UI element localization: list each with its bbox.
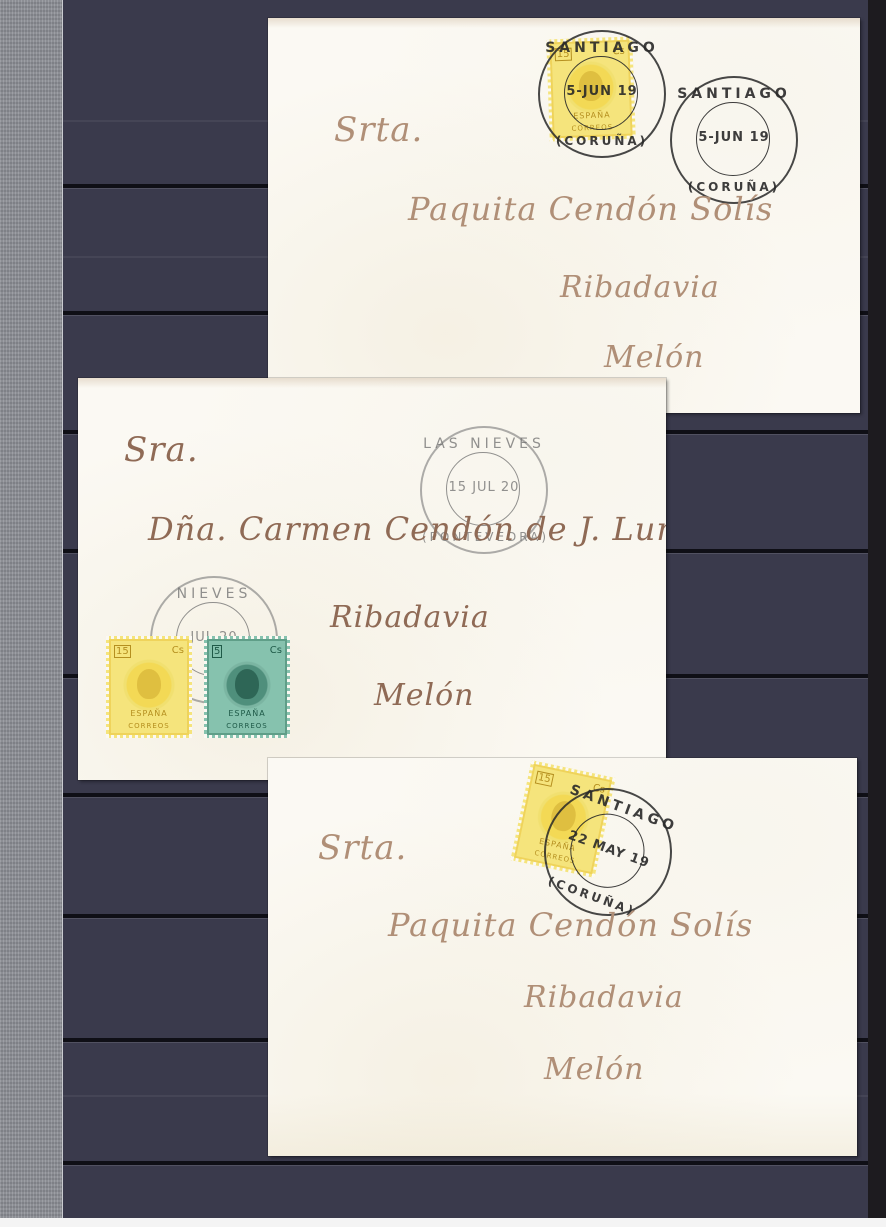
- postmark-town: LAS NIEVES: [422, 436, 546, 452]
- postmark-date: 15 JUL 20: [422, 480, 546, 495]
- postmark-region: (CORUÑA): [540, 134, 664, 148]
- king-portrait-icon: [235, 669, 259, 699]
- scan-margin: [0, 1218, 886, 1227]
- stamp-currency: Cs: [172, 645, 184, 656]
- address-town: Ribadavia: [560, 270, 720, 305]
- address-salutation: Sra.: [124, 430, 199, 470]
- postmark-date: 5-JUN 19: [540, 84, 664, 99]
- postal-cover-3: 15 Cs ESPAÑA CORREOS SANTIAGO 22 MAY 19 …: [268, 758, 857, 1156]
- stock-strip: [63, 1161, 868, 1165]
- address-town: Ribadavia: [524, 980, 684, 1015]
- address-salutation: Srta.: [334, 110, 423, 150]
- torn-edge: [78, 378, 666, 388]
- address-town: Ribadavia: [330, 600, 490, 635]
- stamp-5c-green: 5 Cs ESPAÑA CORREOS: [204, 636, 290, 738]
- stamp-value: 15: [535, 771, 554, 787]
- king-portrait-icon: [137, 669, 161, 699]
- address-name: Paquita Cendón Solís: [388, 906, 753, 944]
- address-name: Paquita Cendón Solís: [408, 190, 773, 228]
- stamp-15c-yellow: 15 Cs ESPAÑA CORREOS: [106, 636, 192, 738]
- address-destination: Melón: [604, 340, 704, 375]
- postmark-town: SANTIAGO: [540, 40, 664, 56]
- address-destination: Melón: [374, 678, 474, 713]
- postmark: SANTIAGO 5-JUN 19 (CORUÑA): [538, 30, 666, 158]
- postmark-date: 5-JUN 19: [672, 130, 796, 145]
- postmark: SANTIAGO 5-JUN 19 (CORUÑA): [670, 76, 798, 204]
- postmark-town: NIEVES: [152, 586, 276, 602]
- address-destination: Melón: [544, 1052, 644, 1087]
- stamp-value: 5: [212, 645, 222, 658]
- stamp-currency: Cs: [270, 645, 282, 656]
- address-salutation: Srta.: [318, 828, 407, 868]
- stamp-country: ESPAÑA: [207, 709, 287, 718]
- postmark-town: SANTIAGO: [672, 86, 796, 102]
- stamp-country: ESPAÑA: [109, 709, 189, 718]
- stamp-label: CORREOS: [109, 722, 189, 730]
- postal-cover-1: 15 Cs ESPAÑA CORREOS SANTIAGO 5-JUN 19 (…: [268, 18, 860, 413]
- torn-edge: [268, 18, 860, 28]
- page-edge: [868, 0, 886, 1218]
- stamp-label: CORREOS: [207, 722, 287, 730]
- album-spine: [0, 0, 63, 1218]
- paper-fold-band: [268, 1094, 857, 1156]
- stamp-value: 15: [114, 645, 131, 658]
- address-name: Dña. Carmen Cendón de J. Luna: [148, 510, 666, 548]
- postal-cover-2: LAS NIEVES 15 JUL 20 (PONTEVEDRA) NIEVES…: [78, 378, 666, 780]
